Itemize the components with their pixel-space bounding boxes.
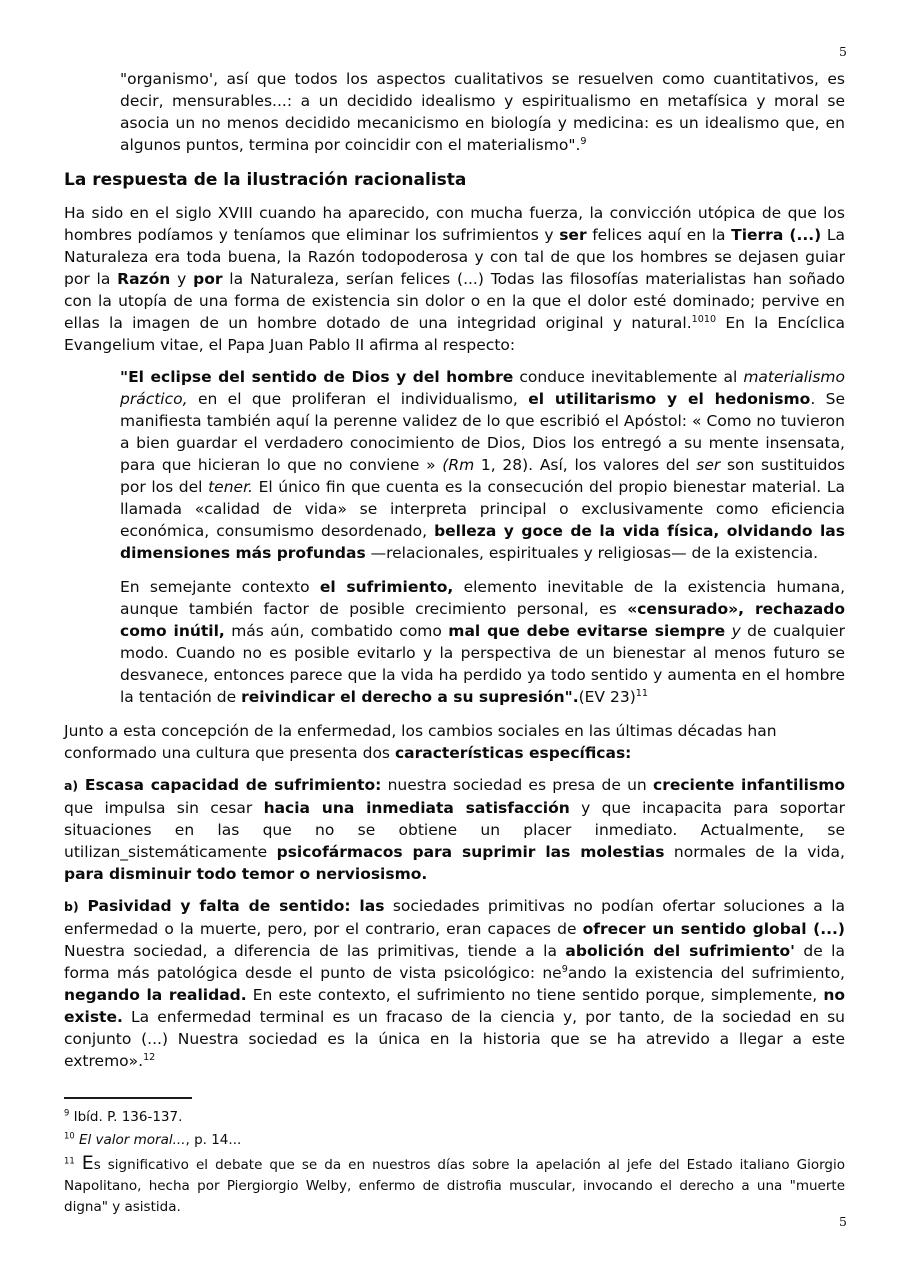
footnote-ref: 12	[143, 1052, 155, 1063]
footnote-ref: 10	[64, 1131, 75, 1141]
document-page: 5 "organismo', así que todos los aspecto…	[0, 0, 905, 1280]
footnote-10: 10 El valor moral..., p. 14...	[64, 1130, 845, 1151]
page-number-top: 5	[839, 44, 847, 59]
footnote-9: 9 Ibíd. P. 136-137.	[64, 1107, 845, 1128]
footnotes: 9 Ibíd. P. 136-137.10 El valor moral...,…	[64, 1107, 845, 1218]
paragraph: b) Pasividad y falta de sentido: las soc…	[64, 895, 845, 1072]
footnote-ref: 11	[64, 1156, 75, 1166]
section-heading: La respuesta de la ilustración racionali…	[64, 169, 845, 191]
page-number-bottom: 5	[839, 1214, 847, 1229]
footnote-11: 11 Es significativo el debate que se da …	[64, 1153, 845, 1218]
footnote-separator	[64, 1097, 192, 1099]
footnote-ref: 1010	[692, 314, 716, 325]
paragraph: "El eclipse del sentido de Dios y del ho…	[120, 366, 845, 564]
paragraph: a) Escasa capacidad de sufrimiento: nues…	[64, 774, 845, 885]
document-content: "organismo', así que todos los aspectos …	[64, 68, 845, 1072]
paragraph: En semejante contexto el sufrimiento, el…	[120, 576, 845, 708]
footnote-ref: 9	[580, 136, 586, 147]
paragraph: "organismo', así que todos los aspectos …	[120, 68, 845, 156]
paragraph: Junto a esta concepción de la enfermedad…	[64, 720, 845, 764]
footnote-ref: 11	[636, 688, 648, 699]
paragraph: Ha sido en el siglo XVIII cuando ha apar…	[64, 202, 845, 356]
